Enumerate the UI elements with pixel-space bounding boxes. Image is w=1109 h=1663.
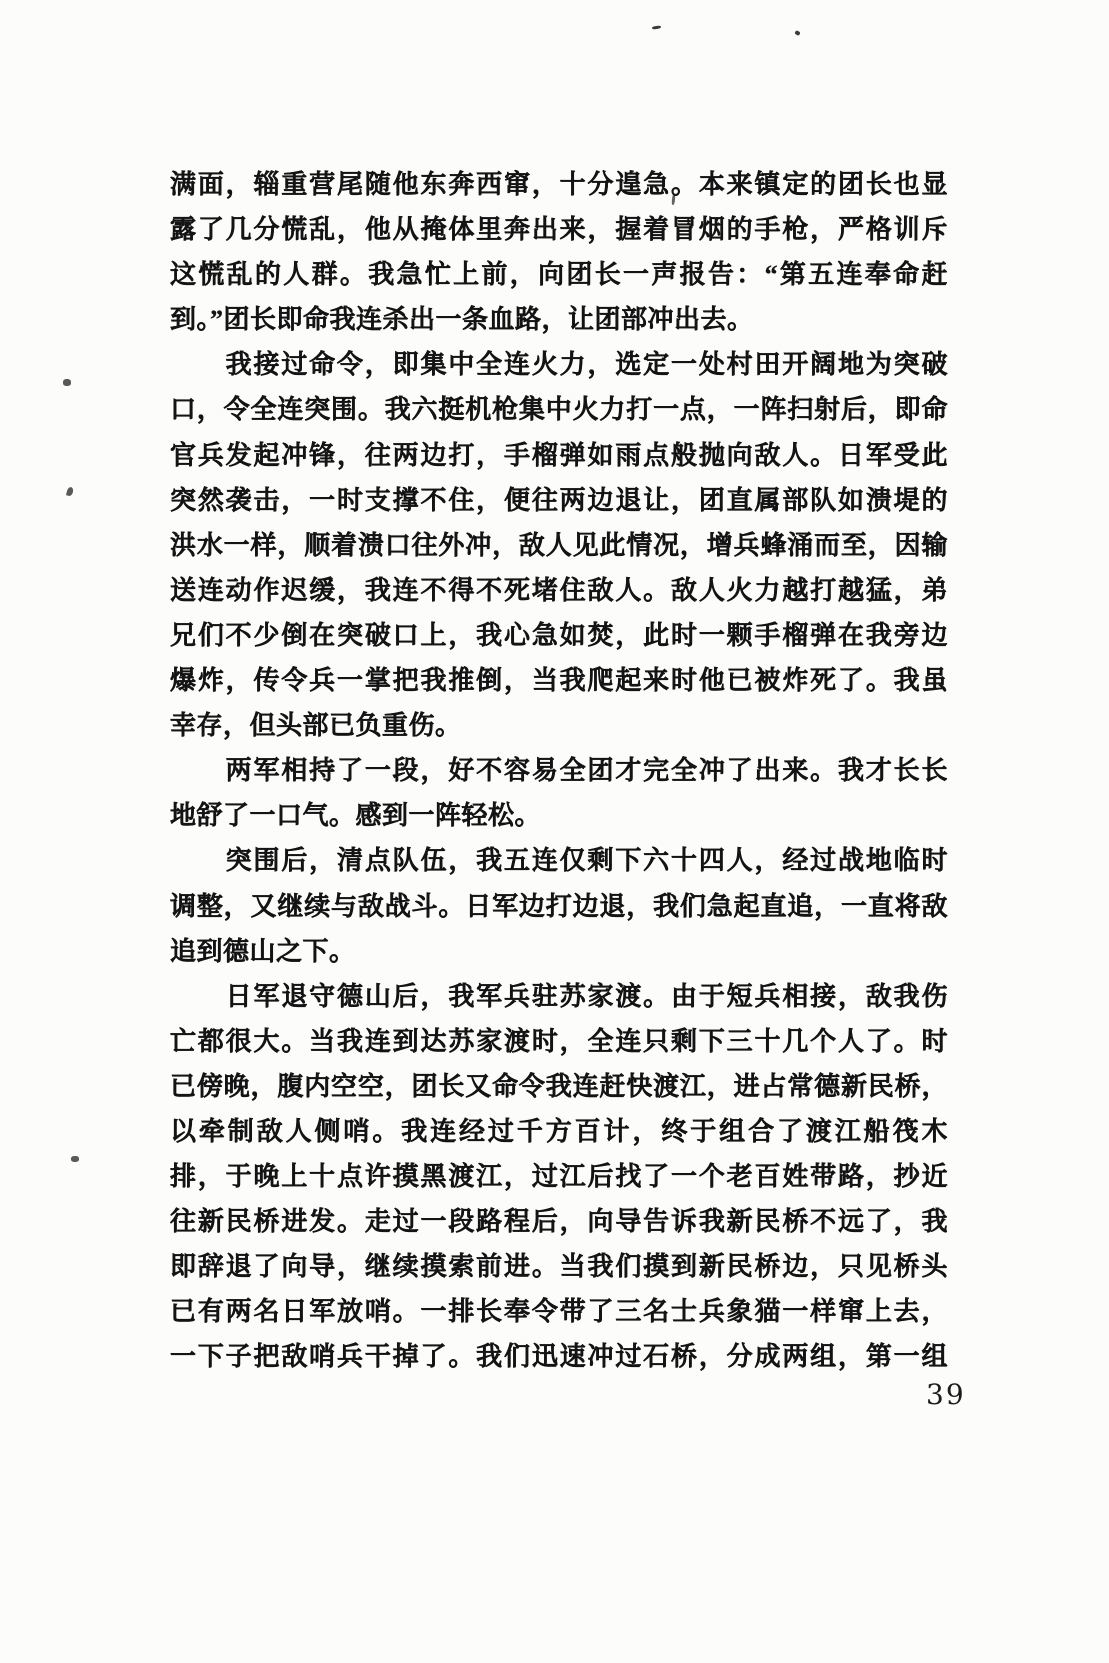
text-line: 调整，又继续与敌战斗。日军边打边退，我们急起直追，一直将敌 [170, 884, 948, 929]
text-line: 兄们不少倒在突破口上，我心急如焚，此时一颗手榴弹在我旁边 [170, 613, 948, 658]
scan-speckle [63, 379, 71, 386]
scanned-page: 满面，辎重营尾随他东奔西窜，十分遑急。本来镇定的团长也显 露了几分慌乱，他从掩体… [0, 0, 1109, 1663]
page-text: 满面，辎重营尾随他东奔西窜，十分遑急。本来镇定的团长也显 露了几分慌乱，他从掩体… [170, 162, 948, 1380]
text-line: 一下子把敌哨兵干掉了。我们迅速冲过石桥，分成两组，第一组 [170, 1334, 948, 1379]
page-number: 39 [926, 1378, 966, 1411]
text-line: 两军相持了一段，好不容易全团才完全冲了出来。我才长长 [170, 748, 948, 793]
text-line: 已傍晚，腹内空空，团长又命令我连赶快渡江，进占常德新民桥， [170, 1064, 948, 1109]
text-line: 地舒了一口气。感到一阵轻松。 [170, 793, 948, 838]
text-line: 到。”团长即命我连杀出一条血路，让团部冲出去。 [170, 297, 948, 342]
text-line: 露了几分慌乱，他从掩体里奔出来，握着冒烟的手枪，严格训斥 [170, 207, 948, 252]
text-line: 追到德山之下。 [170, 929, 948, 974]
text-line: 这慌乱的人群。我急忙上前，向团长一声报告：“第五连奉命赶 [170, 252, 948, 297]
text-line: 口，令全连突围。我六挺机枪集中火力打一点，一阵扫射后，即命 [170, 387, 948, 432]
text-line: 我接过命令，即集中全连火力，选定一处村田开阔地为突破 [170, 342, 948, 387]
text-line: 洪水一样，顺着溃口往外冲，敌人见此情况，增兵蜂涌而至，因输 [170, 523, 948, 568]
text-line: 突然袭击，一时支撑不住，便往两边退让，团直属部队如溃堤的 [170, 478, 948, 523]
scan-speckle [652, 25, 661, 29]
text-line: 满面，辎重营尾随他东奔西窜，十分遑急。本来镇定的团长也显 [170, 162, 948, 207]
text-line: 往新民桥进发。走过一段路程后，向导告诉我新民桥不远了，我 [170, 1199, 948, 1244]
text-line: 日军退守德山后，我军兵驻苏家渡。由于短兵相接，敌我伤 [170, 974, 948, 1019]
text-line: 以牵制敌人侧哨。我连经过千方百计，终于组合了渡江船筏木 [170, 1109, 948, 1154]
text-line: 已有两名日军放哨。一排长奉令带了三名士兵象猫一样窜上去， [170, 1289, 948, 1334]
scan-speckle [66, 486, 74, 496]
text-line: 亡都很大。当我连到达苏家渡时，全连只剩下三十几个人了。时 [170, 1019, 948, 1064]
text-line: 突围后，清点队伍，我五连仅剩下六十四人，经过战地临时 [170, 838, 948, 883]
text-line: 幸存，但头部已负重伤。 [170, 703, 948, 748]
text-line: 官兵发起冲锋，往两边打，手榴弹如雨点般抛向敌人。日军受此 [170, 433, 948, 478]
scan-speckle [71, 1156, 79, 1162]
text-line: 爆炸，传令兵一掌把我推倒，当我爬起来时他已被炸死了。我虽 [170, 658, 948, 703]
scan-speckle [794, 30, 800, 36]
text-line: 即辞退了向导，继续摸索前进。当我们摸到新民桥边，只见桥头 [170, 1244, 948, 1289]
text-line: 送连动作迟缓，我连不得不死堵住敌人。敌人火力越打越猛，弟 [170, 568, 948, 613]
text-line: 排，于晚上十点许摸黑渡江，过江后找了一个老百姓带路，抄近 [170, 1154, 948, 1199]
